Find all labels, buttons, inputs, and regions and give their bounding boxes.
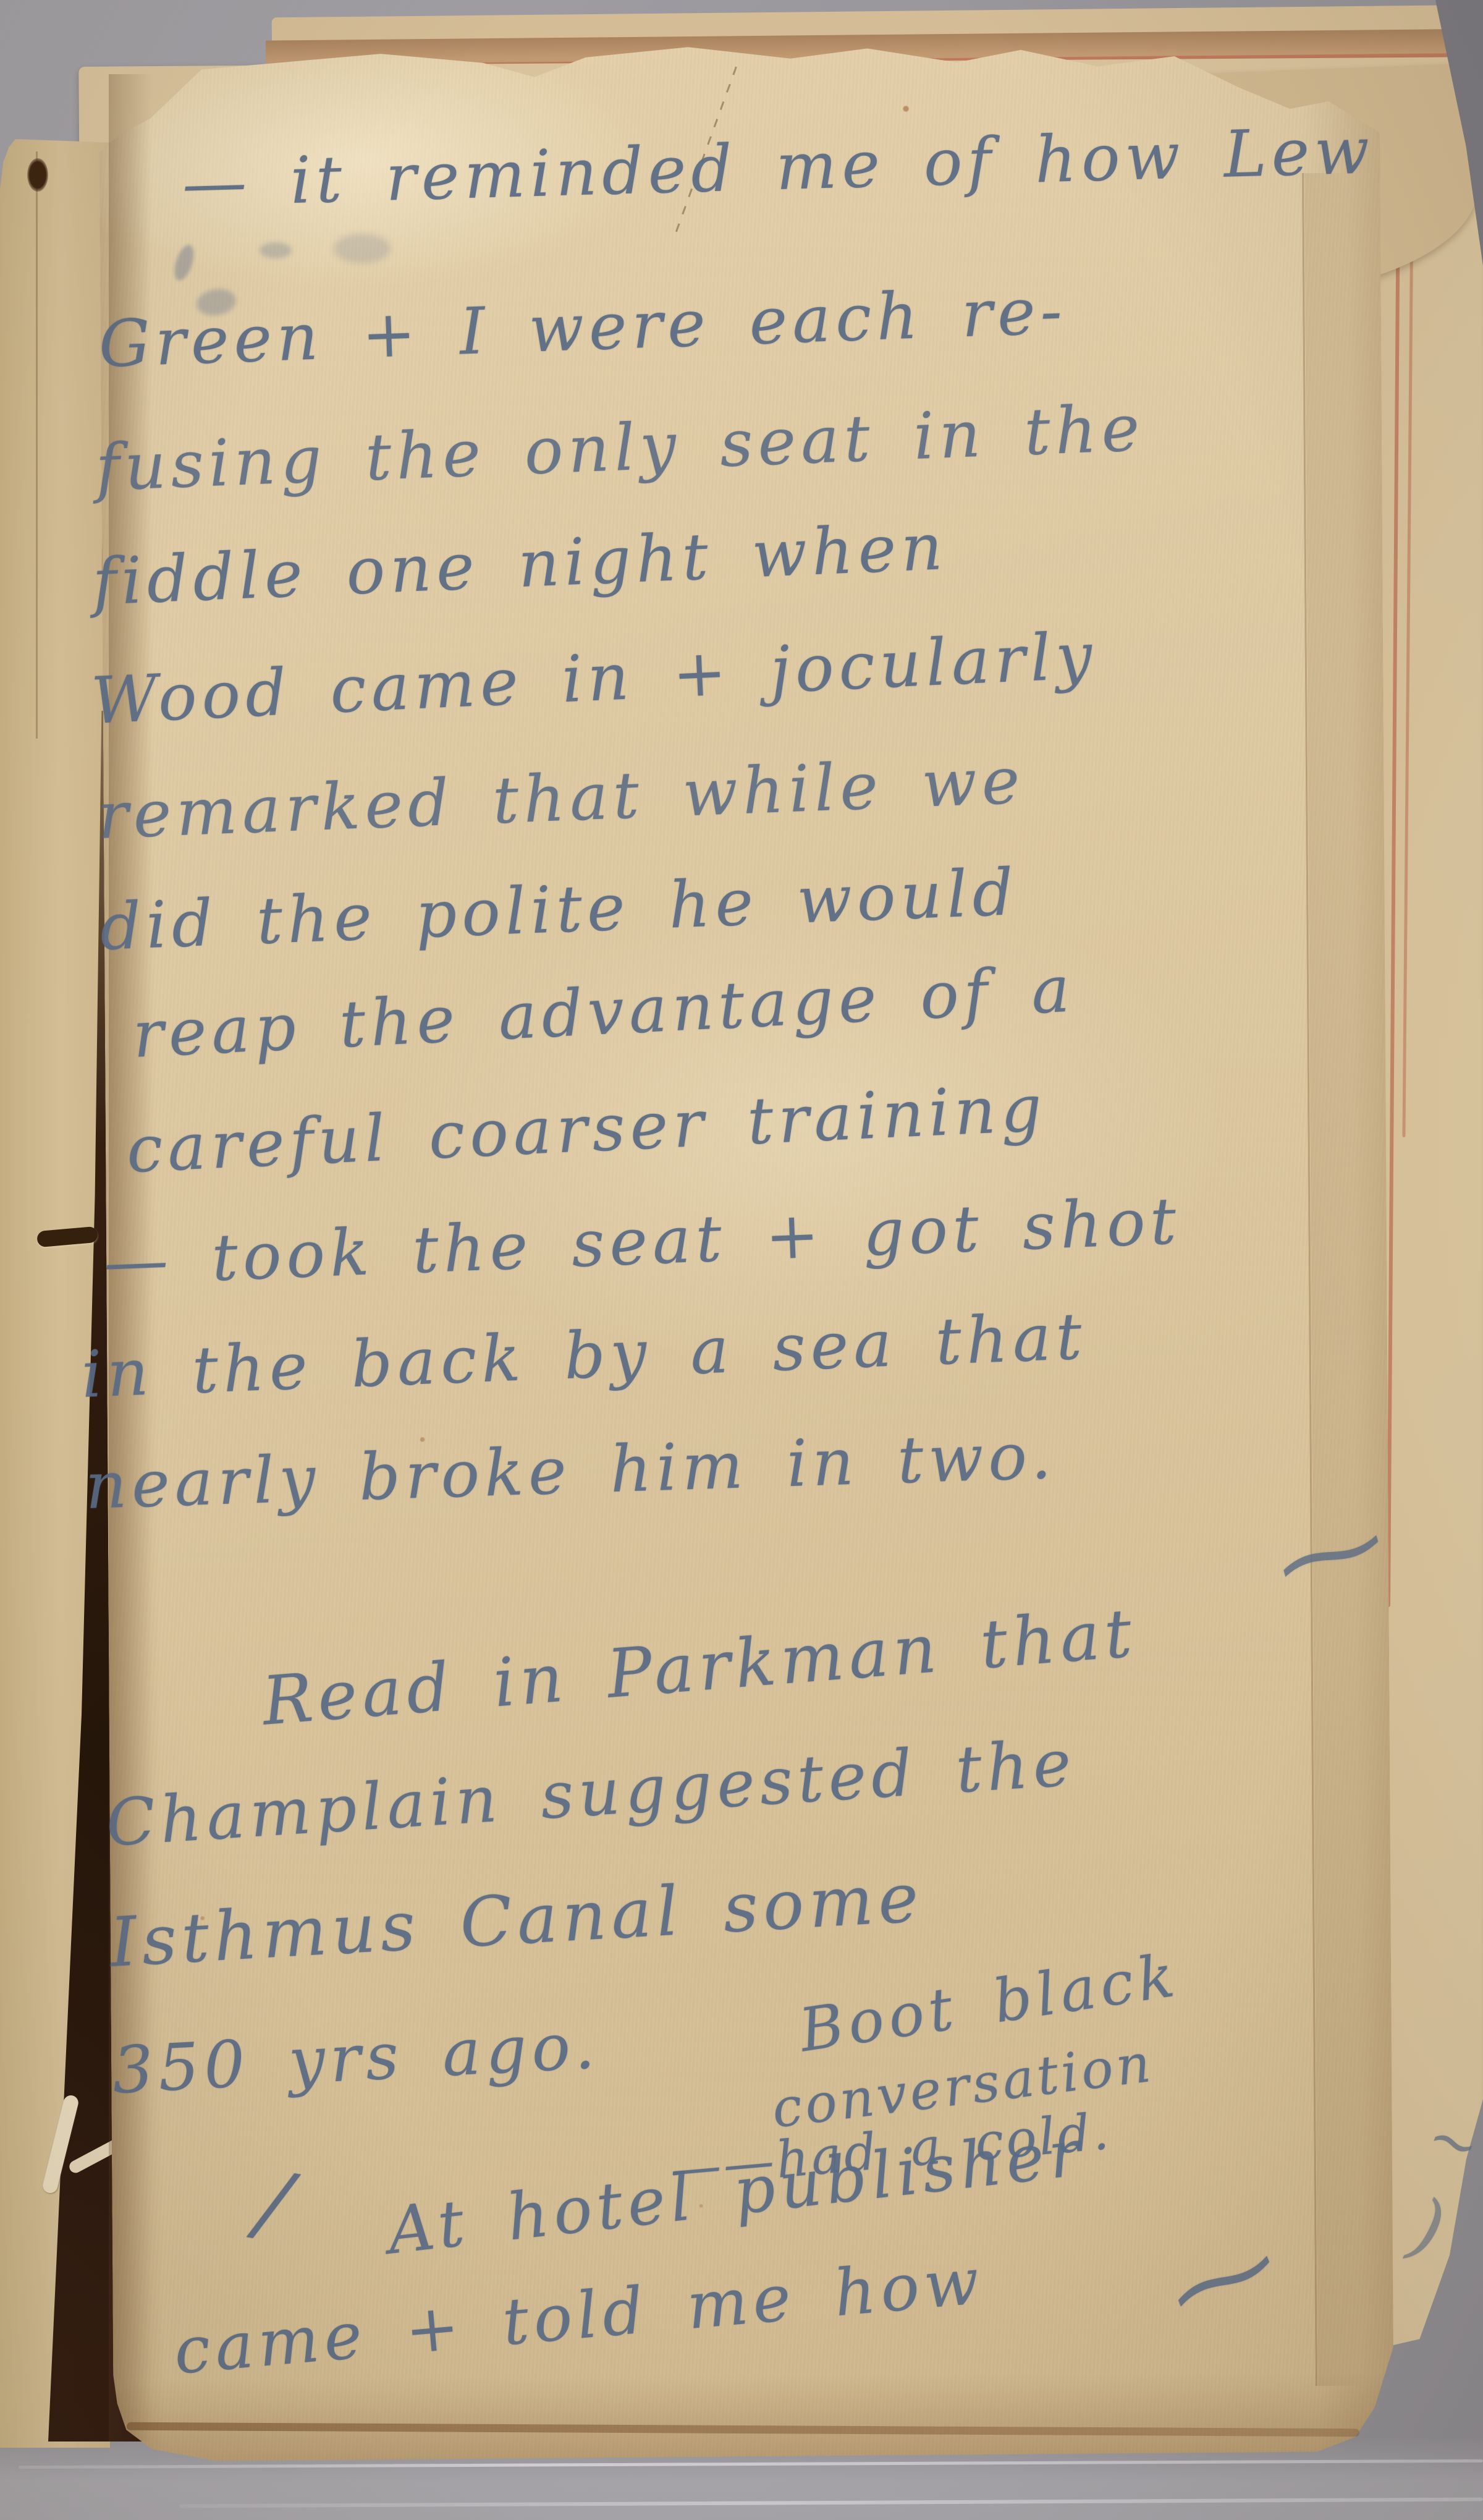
handwriting-line: reap the advantage of a: [131, 957, 1076, 1067]
handwriting-line: — it reminded me of how Lew: [182, 118, 1375, 216]
stray-ink-mark: ~: [1254, 1488, 1414, 1616]
scanned-notebook-photo: — it reminded me of how LewGreen + I wer…: [0, 0, 1483, 2520]
handwriting-line: 350 yrs ago.: [111, 2013, 601, 2103]
handwriting-line: Champlain suggested the: [104, 1730, 1078, 1856]
handwriting-line: remarked that while we: [96, 748, 1026, 848]
handwriting-line: nearly broke him in two.: [84, 1423, 1057, 1518]
handwriting-line: — took the seat + got shot: [103, 1189, 1182, 1294]
handwriting-layer: — it reminded me of how LewGreen + I wer…: [0, 0, 1483, 2520]
handwriting-line: did the polite he would: [99, 860, 1020, 959]
stray-ink-mark: ): [1403, 2188, 1456, 2268]
handwriting-line: Isthmus Canal some: [108, 1864, 925, 1977]
handwriting-line: Green + I were each re-: [98, 278, 1068, 376]
handwriting-line: fusing the only seat in the: [95, 396, 1146, 500]
handwriting-line: Wood came in + jocularly: [90, 623, 1099, 733]
handwriting-line: /: [252, 2159, 301, 2250]
stray-ink-mark: ~: [1144, 2208, 1309, 2346]
handwriting-line: careful coarser training: [125, 1075, 1048, 1181]
handwriting-line: fiddle one night when: [91, 514, 949, 614]
handwriting-line: in the back by a sea that: [80, 1304, 1088, 1407]
handwriting-line: Read in Parkman that: [260, 1600, 1139, 1736]
handwriting-line: came + told me how: [171, 2249, 986, 2383]
stray-ink-mark: ~: [1419, 2105, 1483, 2180]
